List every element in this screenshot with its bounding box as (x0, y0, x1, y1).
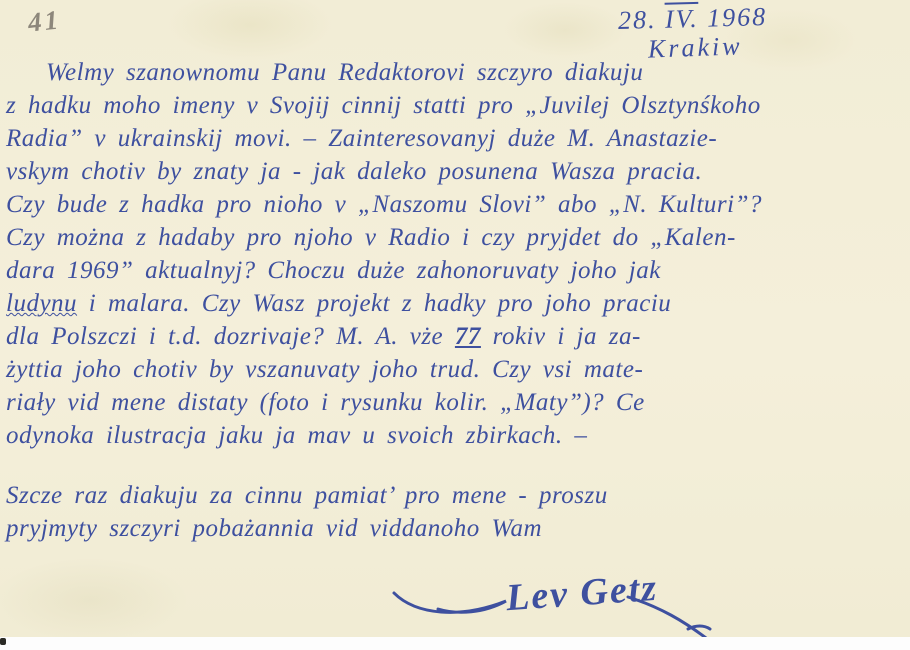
date-day: 28. (618, 5, 657, 35)
letter-line: żyttia joho chotiv by vszanuvaty joho tr… (6, 353, 906, 386)
scan-speck (0, 638, 6, 645)
scan-edge (0, 637, 910, 650)
letter-line: dla Polszczi i t.d. dozrivaje? M. A. vże… (6, 320, 906, 353)
letter-line: pryjmyty szczyri pobażannia vid viddanoh… (6, 512, 906, 545)
letter-line: z hadku moho imeny v Svojij cinnij statt… (6, 89, 906, 122)
pencil-page-number: 41 (26, 4, 62, 38)
scanned-letter: 41 28. IV. 1968 Krakiw Welmy szanownomu … (0, 0, 910, 650)
letter-line: Szcze raz diakuju za cinnu pamiat’ pro m… (6, 479, 906, 512)
date-line: 28. IV. 1968 (618, 2, 768, 36)
date-month-roman: IV. (665, 4, 699, 34)
letter-body: Welmy szanownomu Panu Redaktorovi szczyr… (6, 56, 906, 545)
date-year: 1968 (707, 2, 768, 33)
signature: Lev Getz (388, 553, 724, 645)
letter-line: Czy można z hadaby pro njoho v Radio i c… (6, 221, 906, 254)
letter-line: Welmy szanownomu Panu Redaktorovi szczyr… (6, 56, 906, 89)
letter-line: Czy bude z hadka pro nioho v „Naszomu Sl… (6, 188, 906, 221)
letter-line: ludynu i malara. Czy Wasz projekt z hadk… (6, 287, 906, 320)
letter-line: odynoka ilustracja jaku ja mav u svoich … (6, 419, 906, 452)
letter-line: dara 1969” aktualnyj? Choczu duże zahono… (6, 254, 906, 287)
letter-line: Radia” v ukrainskij movi. – Zainteresova… (6, 122, 906, 155)
letter-line: riały vid mene distaty (foto i rysunku k… (6, 386, 906, 419)
letter-line: vskym chotiv by znaty ja - jak daleko po… (6, 155, 906, 188)
